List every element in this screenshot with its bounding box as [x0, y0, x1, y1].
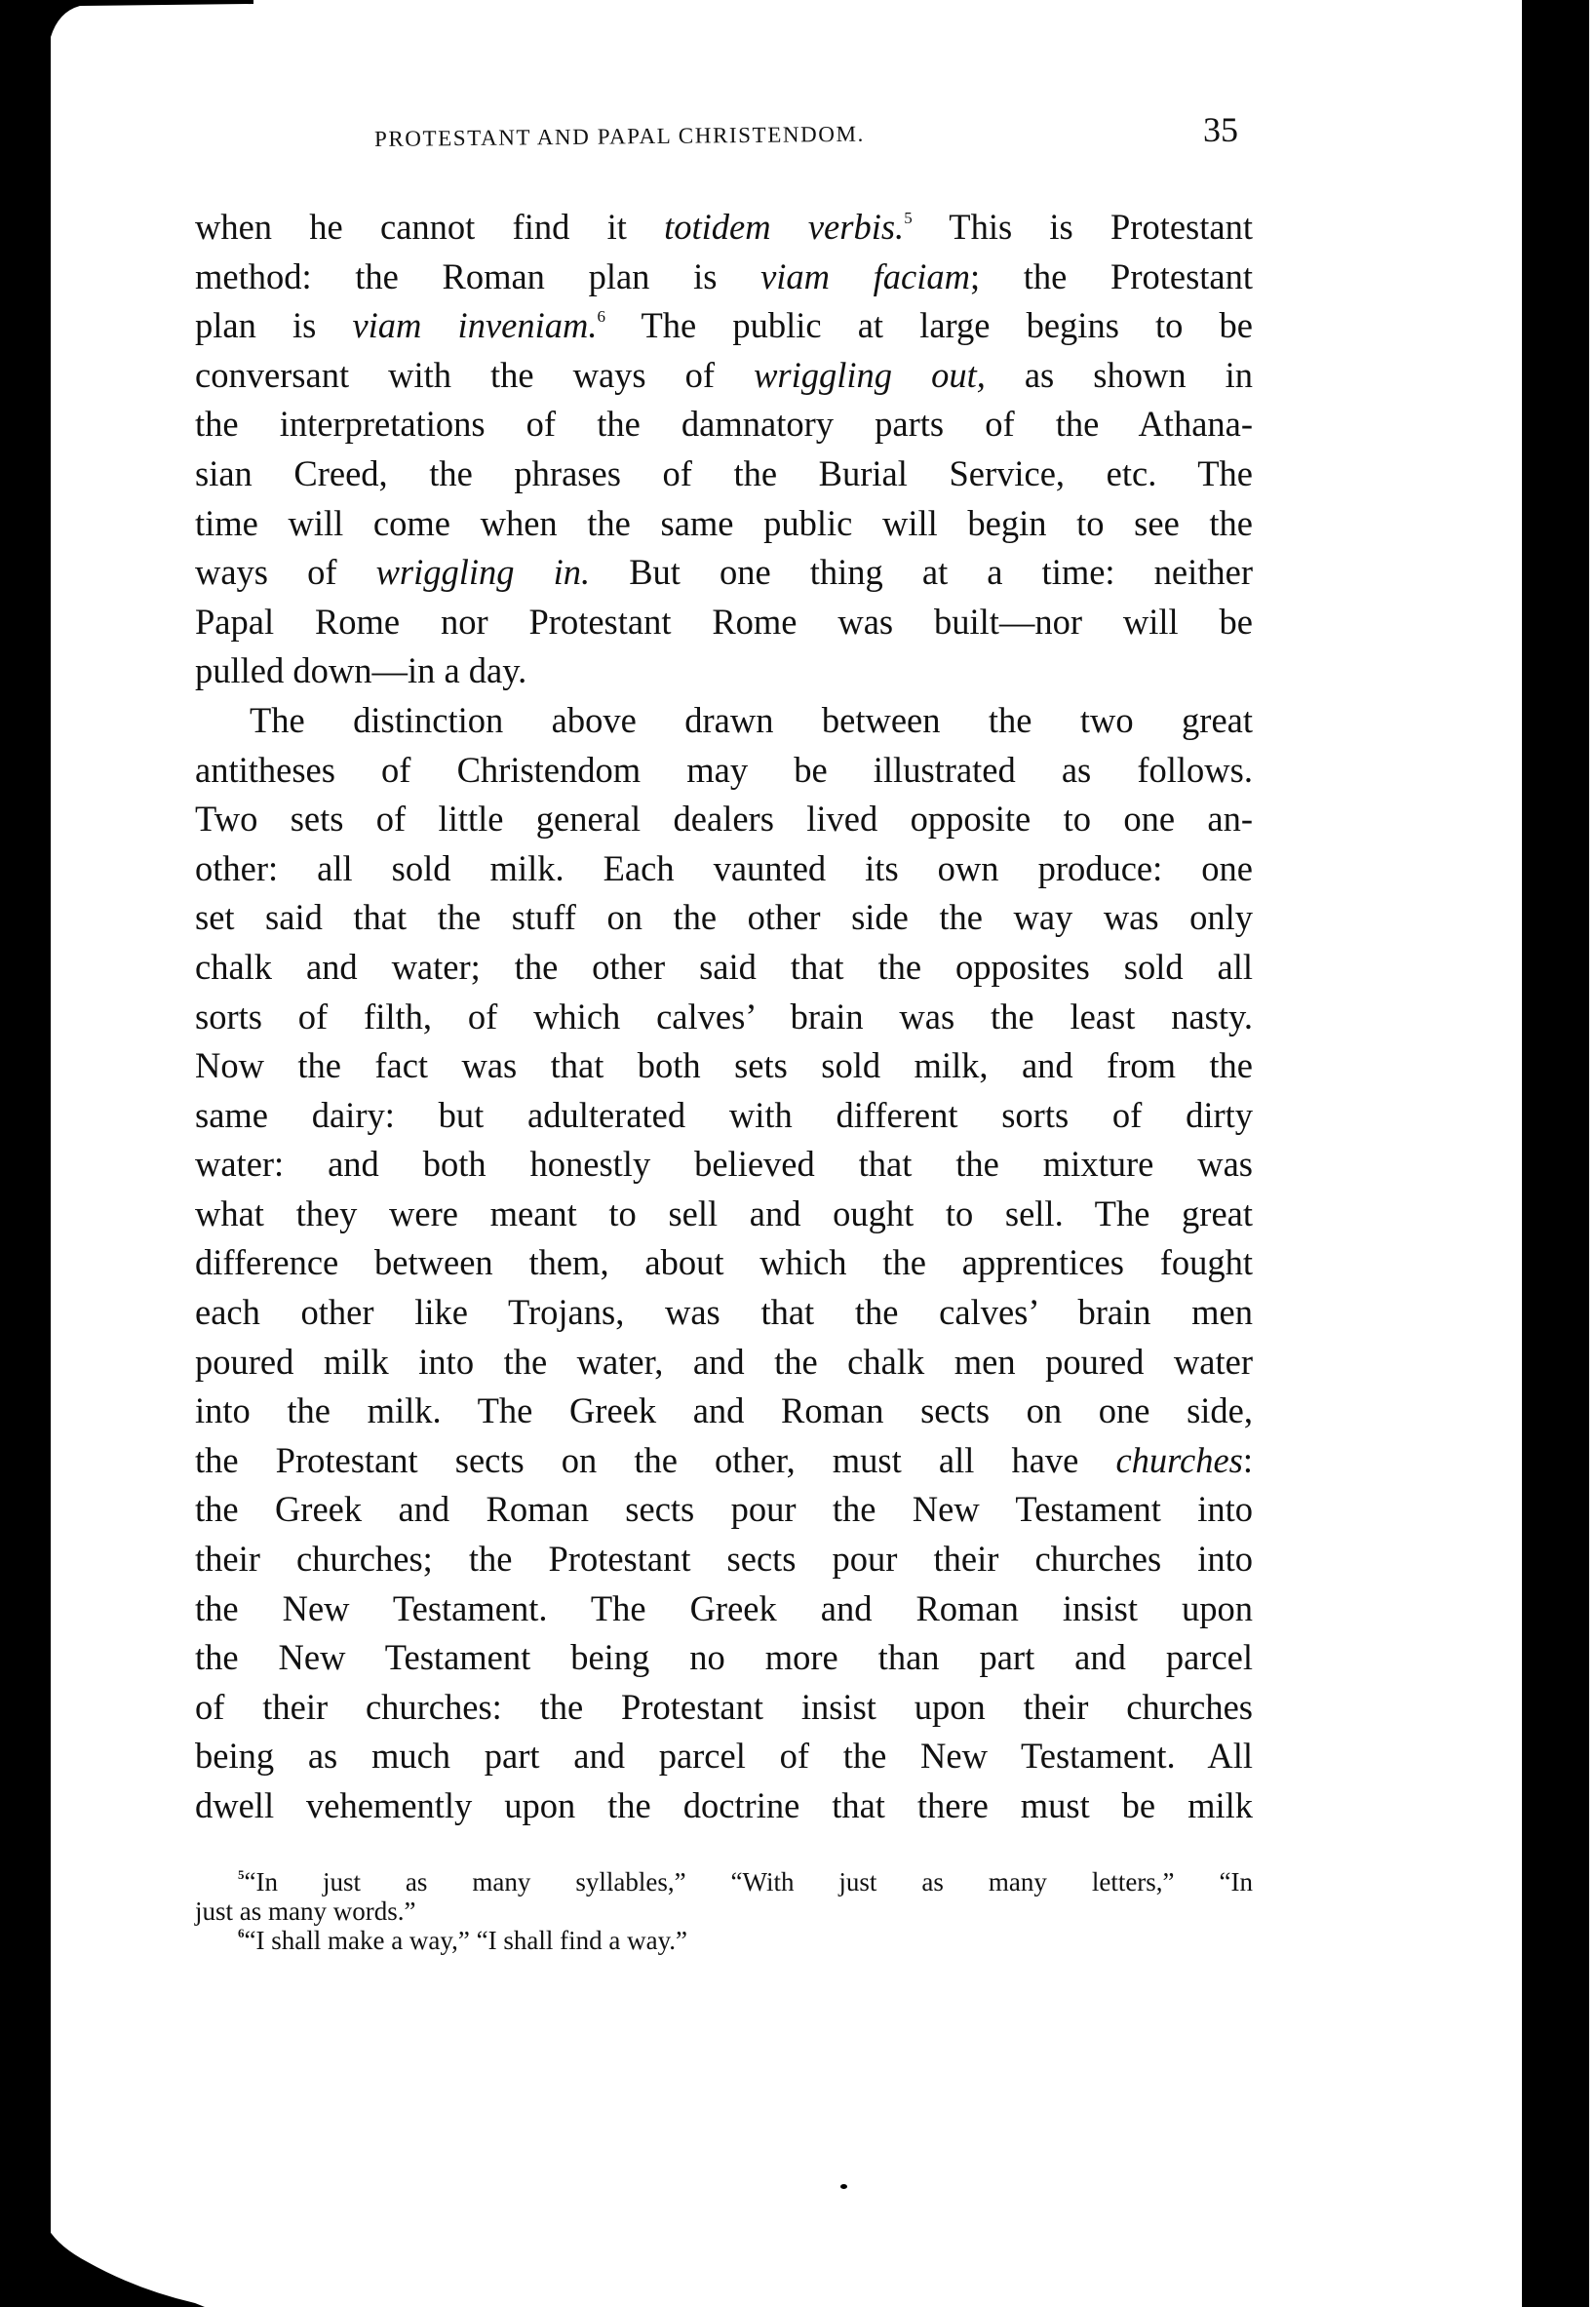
text-line: the interpretations of the damnatory par… — [195, 400, 1253, 450]
footnote-ref: 6 — [597, 307, 605, 326]
scan-border-left — [0, 0, 51, 2307]
text-line: Two sets of little general dealers lived… — [195, 795, 1253, 844]
text-line: of their churches: the Protestant insist… — [195, 1683, 1253, 1733]
latin-phrase: totidem verbis. — [664, 207, 904, 247]
text-line: time will come when the same public will… — [195, 499, 1253, 549]
scan-border-right — [1522, 0, 1589, 2307]
text-line: pulled down—in a day. — [195, 646, 1253, 696]
paragraph-start: The distinction above drawn between the … — [195, 696, 1253, 746]
text-line: poured milk into the water, and the chal… — [195, 1338, 1253, 1388]
text-line: being as much part and parcel of the New… — [195, 1732, 1253, 1781]
body-text: when he cannot find it totidem verbis.5 … — [195, 203, 1253, 1831]
text-line: the New Testament. The Greek and Roman i… — [195, 1584, 1253, 1634]
text-line: plan is viam inveniam.6 The public at la… — [195, 301, 1253, 351]
text-line: Papal Rome nor Protestant Rome was built… — [195, 598, 1253, 647]
text-line: same dairy: but adulterated with differe… — [195, 1091, 1253, 1141]
scan-speck — [840, 2184, 847, 2189]
emphasis: churches — [1115, 1440, 1242, 1480]
text-line: the Protestant sects on the other, must … — [195, 1436, 1253, 1486]
text-line: sian Creed, the phrases of the Burial Se… — [195, 450, 1253, 499]
text-line: the New Testament being no more than par… — [195, 1633, 1253, 1683]
footnotes: 5“In just as many syllables,” “With just… — [195, 1867, 1253, 1955]
text-line: other: all sold milk. Each vaunted its o… — [195, 844, 1253, 894]
text-line: Now the fact was that both sets sold mil… — [195, 1041, 1253, 1091]
page-number: 35 — [1203, 109, 1238, 150]
footnote-5: 5“In just as many syllables,” “With just… — [195, 1867, 1253, 1896]
footnote-5-continued: just as many words.” — [195, 1896, 1253, 1926]
text-line: dwell vehemently upon the doctrine that … — [195, 1781, 1253, 1831]
text-line: difference between them, about which the… — [195, 1238, 1253, 1288]
footnote-6: 6“I shall make a way,” “I shall find a w… — [195, 1926, 1253, 1955]
text-line: method: the Roman plan is viam faciam; t… — [195, 253, 1253, 302]
text-line: the Greek and Roman sects pour the New T… — [195, 1485, 1253, 1535]
text-line: set said that the stuff on the other sid… — [195, 893, 1253, 943]
running-header: PROTESTANT AND PAPAL CHRISTENDOM. 35 — [374, 109, 1252, 168]
scan-edge-right — [1589, 0, 1596, 2307]
text-line: chalk and water; the other said that the… — [195, 943, 1253, 993]
text-line: what they were meant to sell and ought t… — [195, 1190, 1253, 1239]
text-line: when he cannot find it totidem verbis.5 … — [195, 203, 1253, 253]
latin-phrase: viam inveniam. — [352, 305, 597, 345]
text-line: their churches; the Protestant sects pou… — [195, 1535, 1253, 1584]
scan-corner-top-left — [0, 0, 253, 59]
footnote-ref: 5 — [904, 209, 913, 227]
emphasis: wriggling in. — [376, 552, 591, 592]
text-line: water: and both honestly believed that t… — [195, 1140, 1253, 1190]
text-line: conversant with the ways of wriggling ou… — [195, 351, 1253, 401]
text-line: sorts of filth, of which calves’ brain w… — [195, 993, 1253, 1042]
running-title: PROTESTANT AND PAPAL CHRISTENDOM. — [374, 122, 865, 152]
text-line: ways of wriggling in. But one thing at a… — [195, 548, 1253, 598]
emphasis: wriggling out, — [754, 355, 986, 395]
latin-phrase: viam faciam — [760, 256, 970, 296]
scan-corner-bottom-left — [0, 2194, 205, 2307]
text-line: into the milk. The Greek and Roman sects… — [195, 1387, 1253, 1436]
text-line: each other like Trojans, was that the ca… — [195, 1288, 1253, 1338]
text-line: antitheses of Christendom may be illustr… — [195, 746, 1253, 796]
